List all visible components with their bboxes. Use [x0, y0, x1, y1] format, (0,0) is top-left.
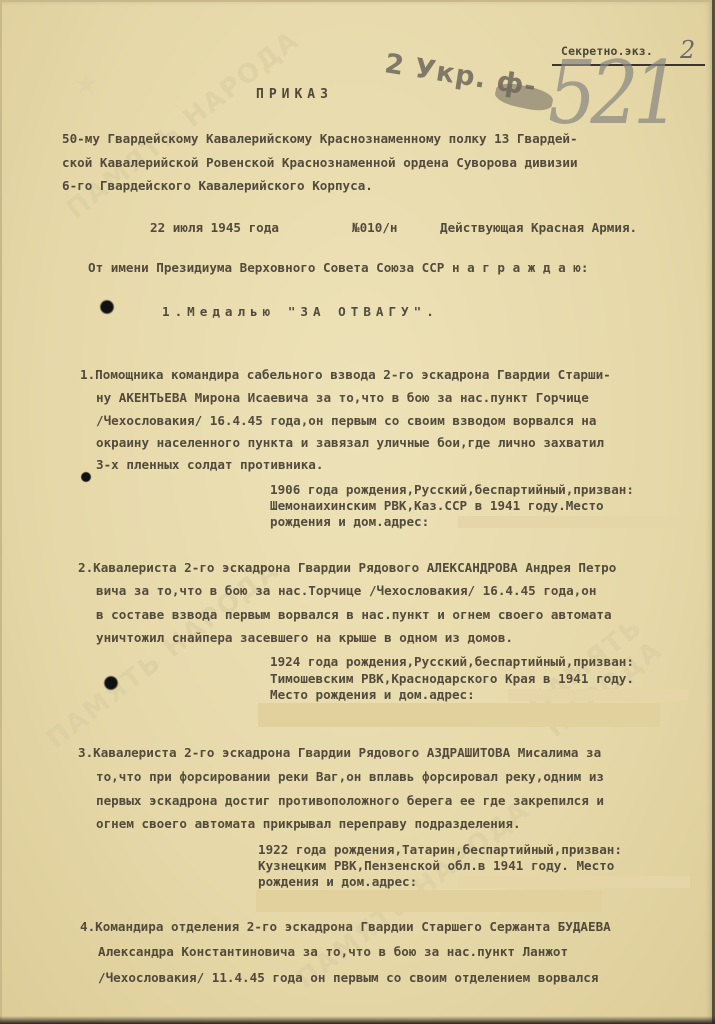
- redacted-address: [256, 890, 602, 912]
- citation-line: то,что при форсировании реки Ваг,он впла…: [96, 771, 604, 784]
- citation-line: окраину населенного пункта и завязал ули…: [96, 437, 604, 450]
- bio-line: рождения и дом.адрес:: [258, 876, 417, 889]
- binder-hole-mark: [98, 298, 116, 316]
- citation-line: вича за то,что в бою за нас.Торчице /Чех…: [96, 585, 596, 598]
- redacted-address: [458, 876, 690, 888]
- order-number: №010/н: [352, 222, 398, 235]
- redacted-address: [508, 689, 688, 701]
- citation-line: /Чехословакия/ 11.4.45 года он первым со…: [98, 972, 598, 985]
- citation-line: Александра Константиновича за то,что в б…: [98, 946, 568, 959]
- citation-line: 4.Командира отделения 2-го эскадрона Гва…: [80, 921, 611, 934]
- redacted-address: [458, 516, 690, 528]
- bio-line: 1906 года рождения,Русский,беспартийный,…: [270, 484, 634, 497]
- scanned-document-page: ★ ПАМЯТЬ НАРОДА ПАМЯТЬ НАРОДА ПАМЯТЬ НАР…: [0, 0, 715, 1024]
- watermark-star-icon: ★: [74, 58, 98, 104]
- bio-line: Кузнецким РВК,Пензенской обл.в 1941 году…: [258, 860, 614, 873]
- bio-line: рождения и дом.адрес:: [270, 516, 429, 529]
- award-heading: 1.Медалью "ЗА ОТВАГУ".: [162, 306, 439, 319]
- citation-line: ну АКЕНТЬЕВА Мирона Исаевича за то,что в…: [96, 392, 589, 405]
- addressee-line: 50-му Гвардейскому Кавалерийскому Красно…: [62, 133, 578, 146]
- citation-line: первых эскадрона достиг противоположного…: [96, 795, 604, 808]
- citation-line: 2.Кавалериста 2-го эскадрона Гвардии Ряд…: [78, 562, 616, 575]
- margin-mark: [80, 470, 92, 484]
- document-title: ПРИКАЗ: [256, 88, 333, 101]
- bio-line: Место рождения и дом.адрес:: [270, 689, 475, 702]
- handwritten-number: 521: [548, 41, 675, 143]
- order-date: 22 июля 1945 года: [150, 222, 279, 235]
- copy-number: 2: [680, 36, 695, 64]
- addressee-line: 6-го Гвардейского Кавалерийского Корпуса…: [62, 180, 373, 193]
- citation-line: /Чехословакия/ 16.4.45 года,он первым со…: [96, 415, 596, 428]
- bio-line: 1922 года рождения,Татарин,беспартийный,…: [258, 844, 622, 857]
- redacted-address: [258, 703, 660, 727]
- citation-line: уничтожил снайпера засевшего на крыше в …: [96, 632, 513, 645]
- citation-line: 3.Кавалериста 2-го эскадрона Гвардии Ряд…: [78, 747, 601, 760]
- bio-line: Шемонаихинским РВК,Каз.ССР в 1941 году.М…: [270, 500, 604, 513]
- preamble: От имени Президиума Верховного Совета Со…: [88, 262, 588, 275]
- bio-line: Тимошевским РВК,Краснодарского Края в 19…: [270, 673, 634, 686]
- citation-line: в составе взвода первым ворвался в нас.п…: [96, 609, 612, 622]
- stamp-smudge: [493, 80, 554, 114]
- page-edge: [0, 1016, 715, 1024]
- citation-line: 3-х пленных солдат противника.: [96, 459, 323, 472]
- order-place: Действующая Красная Армия.: [440, 222, 637, 235]
- addressee-line: ской Кавалерийской Ровенской Краснознаме…: [62, 157, 578, 170]
- citation-line: 1.Помощника командира сабельного взвода …: [80, 369, 611, 382]
- watermark: ПАМЯТЬ НАРОДА: [61, 25, 305, 225]
- citation-line: огнем своего автомата прикрывал переправ…: [96, 818, 521, 831]
- bio-line: 1924 года рождения,Русский,беспартийный,…: [270, 656, 634, 669]
- binder-hole-mark: [102, 674, 120, 692]
